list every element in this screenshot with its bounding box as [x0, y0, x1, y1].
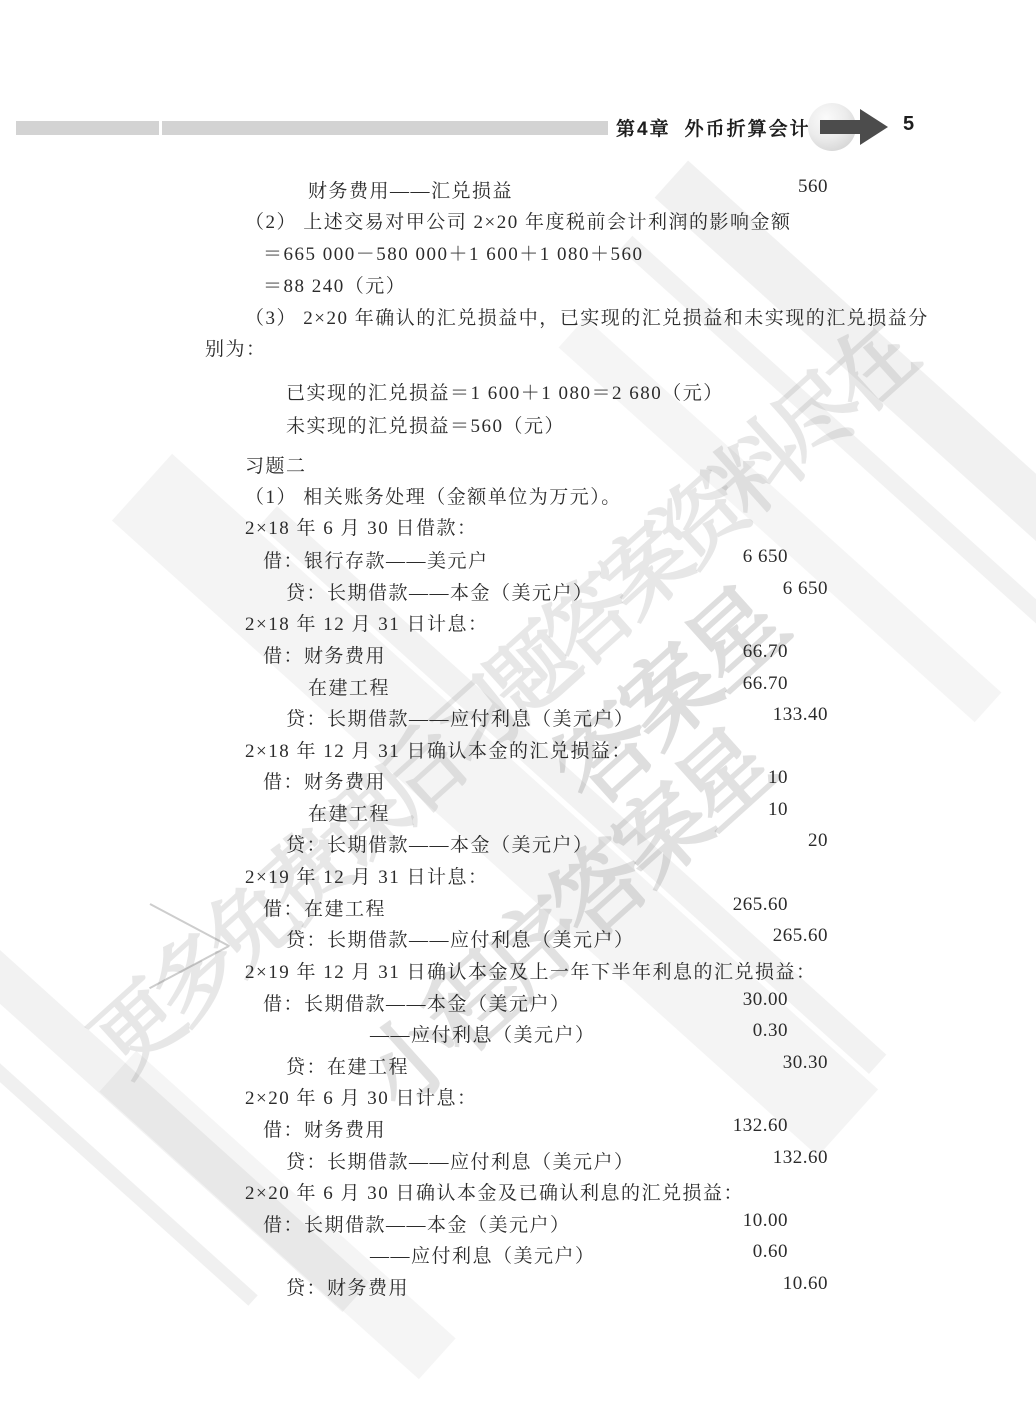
text-line: （2） 上述交易对甲公司 2×20 年度税前会计利润的影响金额	[0, 207, 1036, 233]
header-rule-gap	[159, 121, 162, 135]
journal-entry-line: 借：长期借款——本金（美元户）30.00	[0, 989, 1036, 1015]
amount-debit: 66.70	[743, 641, 788, 663]
journal-entry-line: 借：在建工程265.60	[0, 894, 1036, 920]
journal-entry-line: 贷：长期借款——应付利息（美元户）133.40	[0, 704, 1036, 730]
amount-debit: 10	[768, 799, 788, 821]
amount-debit: 0.60	[753, 1241, 788, 1263]
arrow-bar	[820, 120, 860, 134]
amount-credit: 20	[808, 830, 828, 852]
amount-credit: 133.40	[773, 704, 828, 726]
amount-debit: 0.30	[753, 1020, 788, 1042]
date-caption-line: 2×18 年 12 月 31 日确认本金的汇兑损益：	[0, 736, 1036, 762]
amount-credit: 132.60	[773, 1147, 828, 1169]
arrow-icon	[806, 100, 892, 154]
chapter-title: 外币折算会计	[685, 119, 811, 140]
journal-entry-line: 贷：财务费用10.60	[0, 1273, 1036, 1299]
date-caption-line: 2×19 年 12 月 31 日确认本金及上一年下半年利息的汇兑损益：	[0, 957, 1036, 983]
section-heading: 习题二	[0, 451, 1036, 477]
journal-entry-line: ——应付利息（美元户）0.60	[0, 1241, 1036, 1267]
date-caption-line: 2×18 年 6 月 30 日借款：	[0, 513, 1036, 539]
amount-debit: 10.00	[743, 1210, 788, 1232]
journal-entry-line: 借：财务费用10	[0, 767, 1036, 793]
amount-credit: 10.60	[783, 1273, 828, 1295]
journal-entry-line: 借：财务费用66.70	[0, 641, 1036, 667]
amount-debit: 6 650	[743, 546, 788, 568]
equation-line: 未实现的汇兑损益＝560（元）	[0, 411, 1036, 437]
equation-line: ＝665 000－580 000＋1 600＋1 080＋560	[0, 239, 1036, 265]
journal-entry-line: 贷：长期借款——本金（美元户）6 650	[0, 578, 1036, 604]
journal-entry-line: 贷：长期借款——应付利息（美元户）265.60	[0, 925, 1036, 951]
text-line: （3） 2×20 年确认的汇兑损益中，已实现的汇兑损益和未实现的汇兑损益分	[0, 303, 1036, 329]
book-page: 更多免费课后习题答案资料尽在 小程序答案星 答案星 第4章外币折算会计 5 财务…	[0, 0, 1036, 1419]
amount-debit: 132.60	[733, 1115, 788, 1137]
date-caption-line: 2×18 年 12 月 31 日计息：	[0, 609, 1036, 635]
journal-entry-line: 贷：在建工程30.30	[0, 1052, 1036, 1078]
amount-debit: 265.60	[733, 894, 788, 916]
text-line: 别为：	[0, 334, 1036, 360]
amount-debit: 30.00	[743, 989, 788, 1011]
journal-entry-line: 借：银行存款——美元户6 650	[0, 546, 1036, 572]
equation-line: ＝88 240（元）	[0, 271, 1036, 297]
amount-debit: 10	[768, 767, 788, 789]
amount-credit: 560	[798, 176, 828, 198]
date-caption-line: 2×19 年 12 月 31 日计息：	[0, 862, 1036, 888]
journal-entry-line: 在建工程10	[0, 799, 1036, 825]
journal-entry-line: 在建工程66.70	[0, 673, 1036, 699]
amount-credit: 6 650	[783, 578, 828, 600]
text-line: （1） 相关账务处理（金额单位为万元）。	[0, 482, 1036, 508]
journal-entry-line: 财务费用——汇兑损益560	[0, 176, 1036, 202]
amount-credit: 265.60	[773, 925, 828, 947]
amount-credit: 30.30	[783, 1052, 828, 1074]
journal-entry-line: 贷：长期借款——应付利息（美元户）132.60	[0, 1147, 1036, 1173]
chapter-number: 第4章	[616, 119, 671, 140]
journal-entry-line: 借：财务费用132.60	[0, 1115, 1036, 1141]
chapter-heading: 第4章外币折算会计	[616, 114, 811, 141]
amount-debit: 66.70	[743, 673, 788, 695]
header-rule	[16, 121, 608, 135]
date-caption-line: 2×20 年 6 月 30 日计息：	[0, 1083, 1036, 1109]
journal-entry-line: ——应付利息（美元户）0.30	[0, 1020, 1036, 1046]
arrow-head	[860, 109, 888, 145]
equation-line: 已实现的汇兑损益＝1 600＋1 080＝2 680（元）	[0, 378, 1036, 404]
journal-entry-line: 借：长期借款——本金（美元户）10.00	[0, 1210, 1036, 1236]
journal-entry-line: 贷：长期借款——本金（美元户）20	[0, 830, 1036, 856]
date-caption-line: 2×20 年 6 月 30 日确认本金及已确认利息的汇兑损益：	[0, 1178, 1036, 1204]
page-number: 5	[903, 113, 914, 136]
